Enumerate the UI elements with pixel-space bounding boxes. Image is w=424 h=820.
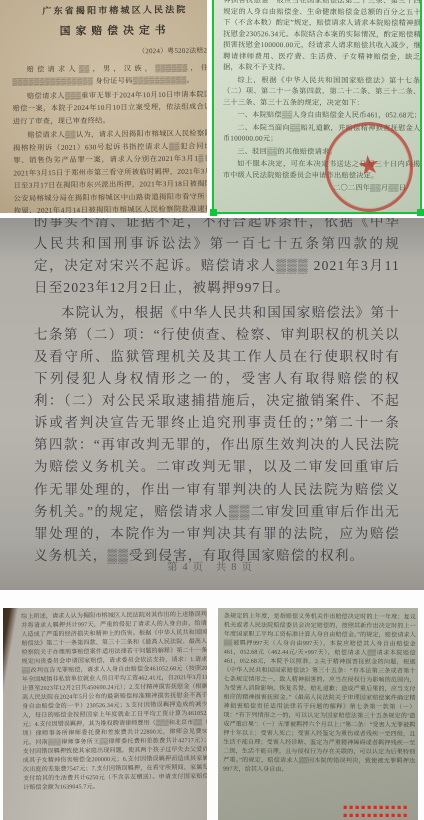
seal-star-icon: ★ — [355, 149, 382, 182]
paragraph: 赔偿请求人▒▒认为，请求人因揭阳市榕城区人民检察院以揭榕检刑诉（2021）630… — [13, 127, 207, 213]
paragraph: 条规定的上年度，是指赔偿义务机关作出赔偿决定时的上一年度；复议机关或者人民法院赔… — [223, 612, 416, 775]
decision-page1-text: 广东省揭阳市榕城区人民法院 国家赔偿决定书 （2024）粤5202法赔2号 赔偿… — [0, 0, 207, 213]
photo-application-page[interactable]: 综上所述，请求人认为揭阳市榕城区人民法院对其作出的上述错误判决并将请求人羁押共计… — [3, 608, 207, 820]
paragraph: 神损害抚慰金一般应当在国家赔偿法第三十三条、第三十四条规定的人身自由赔偿金、生命… — [223, 0, 420, 74]
court-name: 广东省揭阳市榕城区人民法院 — [12, 2, 207, 20]
photo-grid: 广东省揭阳市榕城区人民法院 国家赔偿决定书 （2024）粤5202法赔2号 赔偿… — [0, 0, 424, 820]
photo-decision-final-page[interactable]: 神损害抚慰金一般应当在国家赔偿法第三十三条、第三十四条规定的人身自由赔偿金、生命… — [214, 0, 420, 212]
decision-item: 一、本院赔偿▒▒人身自由赔偿金人民币461，052.68元； — [223, 110, 420, 122]
page-number-footer: 第4页 共8页 — [0, 559, 424, 574]
red-stamp-dots: ▪▪▪▪▪▪▪▪▪▪▪ ▪▪▪▪▪▪▪▪▪▪▪ — [343, 803, 409, 819]
case-number: （2024）粤5202法赔2号 — [12, 45, 207, 59]
application-page-text: 综上所述，请求人认为揭阳市榕城区人民法院对其作出的上述错误判决并将请求人羁押共计… — [15, 608, 207, 792]
paragraph: 综上，根据《中华人民共和国国家赔偿法》第十七条第（二）项、第二十一条第四款、第二… — [223, 75, 420, 109]
paragraph: 赔偿请求人▒▒▒重审无罪于2024年10月10日申请本院国家赔偿一案，本院于20… — [12, 88, 207, 128]
photo-decision-page-detail[interactable]: 条规定的上年度，是指赔偿义务机关作出赔偿决定时的上一年度；复议机关或者人民法院赔… — [218, 608, 418, 820]
selected-photo-frame[interactable]: 神损害抚慰金一般应当在国家赔偿法第三十三条、第三十四条规定的人身自由赔偿金、生命… — [212, 0, 422, 214]
selection-handle-bottom-left[interactable] — [210, 209, 217, 216]
paragraph: 的事实不清、证据不足，不符合起诉条件，依据《中华人民共和国刑事诉讼法》第一百七十… — [34, 218, 400, 300]
selection-handle-bottom-right[interactable] — [417, 209, 424, 216]
paragraph: 综上所述，请求人认为揭阳市榕城区人民法院对其作出的上述错误判决并将请求人羁押共计… — [21, 610, 207, 792]
paragraph: 赔偿请求人▒▒，男，汉族，▒▒▒▒▒▒，住址▒▒▒▒▒▒▒▒▒▒▒▒▒▒▒ 身份… — [12, 62, 207, 89]
paragraph: 本院认为，根据《中华人民共和国国家赔偿法》第十七条第（二）项：“行使侦查、检察、… — [34, 302, 400, 568]
photo-decision-page4[interactable]: 的事实不清、证据不足，不符合起诉条件，依据《中华人民共和国刑事诉讼法》第一百七十… — [0, 218, 424, 590]
decision-page4-text: 的事实不清、证据不足，不符合起诉条件，依据《中华人民共和国刑事诉讼法》第一百七十… — [0, 218, 424, 567]
decision-detail-text: 条规定的上年度，是指赔偿义务机关作出赔偿决定时的上一年度；复议机关或者人民法院赔… — [218, 608, 418, 775]
photo-decision-page1[interactable]: 广东省揭阳市榕城区人民法院 国家赔偿决定书 （2024）粤5202法赔2号 赔偿… — [0, 0, 207, 213]
document-title: 国家赔偿决定书 — [12, 21, 207, 42]
